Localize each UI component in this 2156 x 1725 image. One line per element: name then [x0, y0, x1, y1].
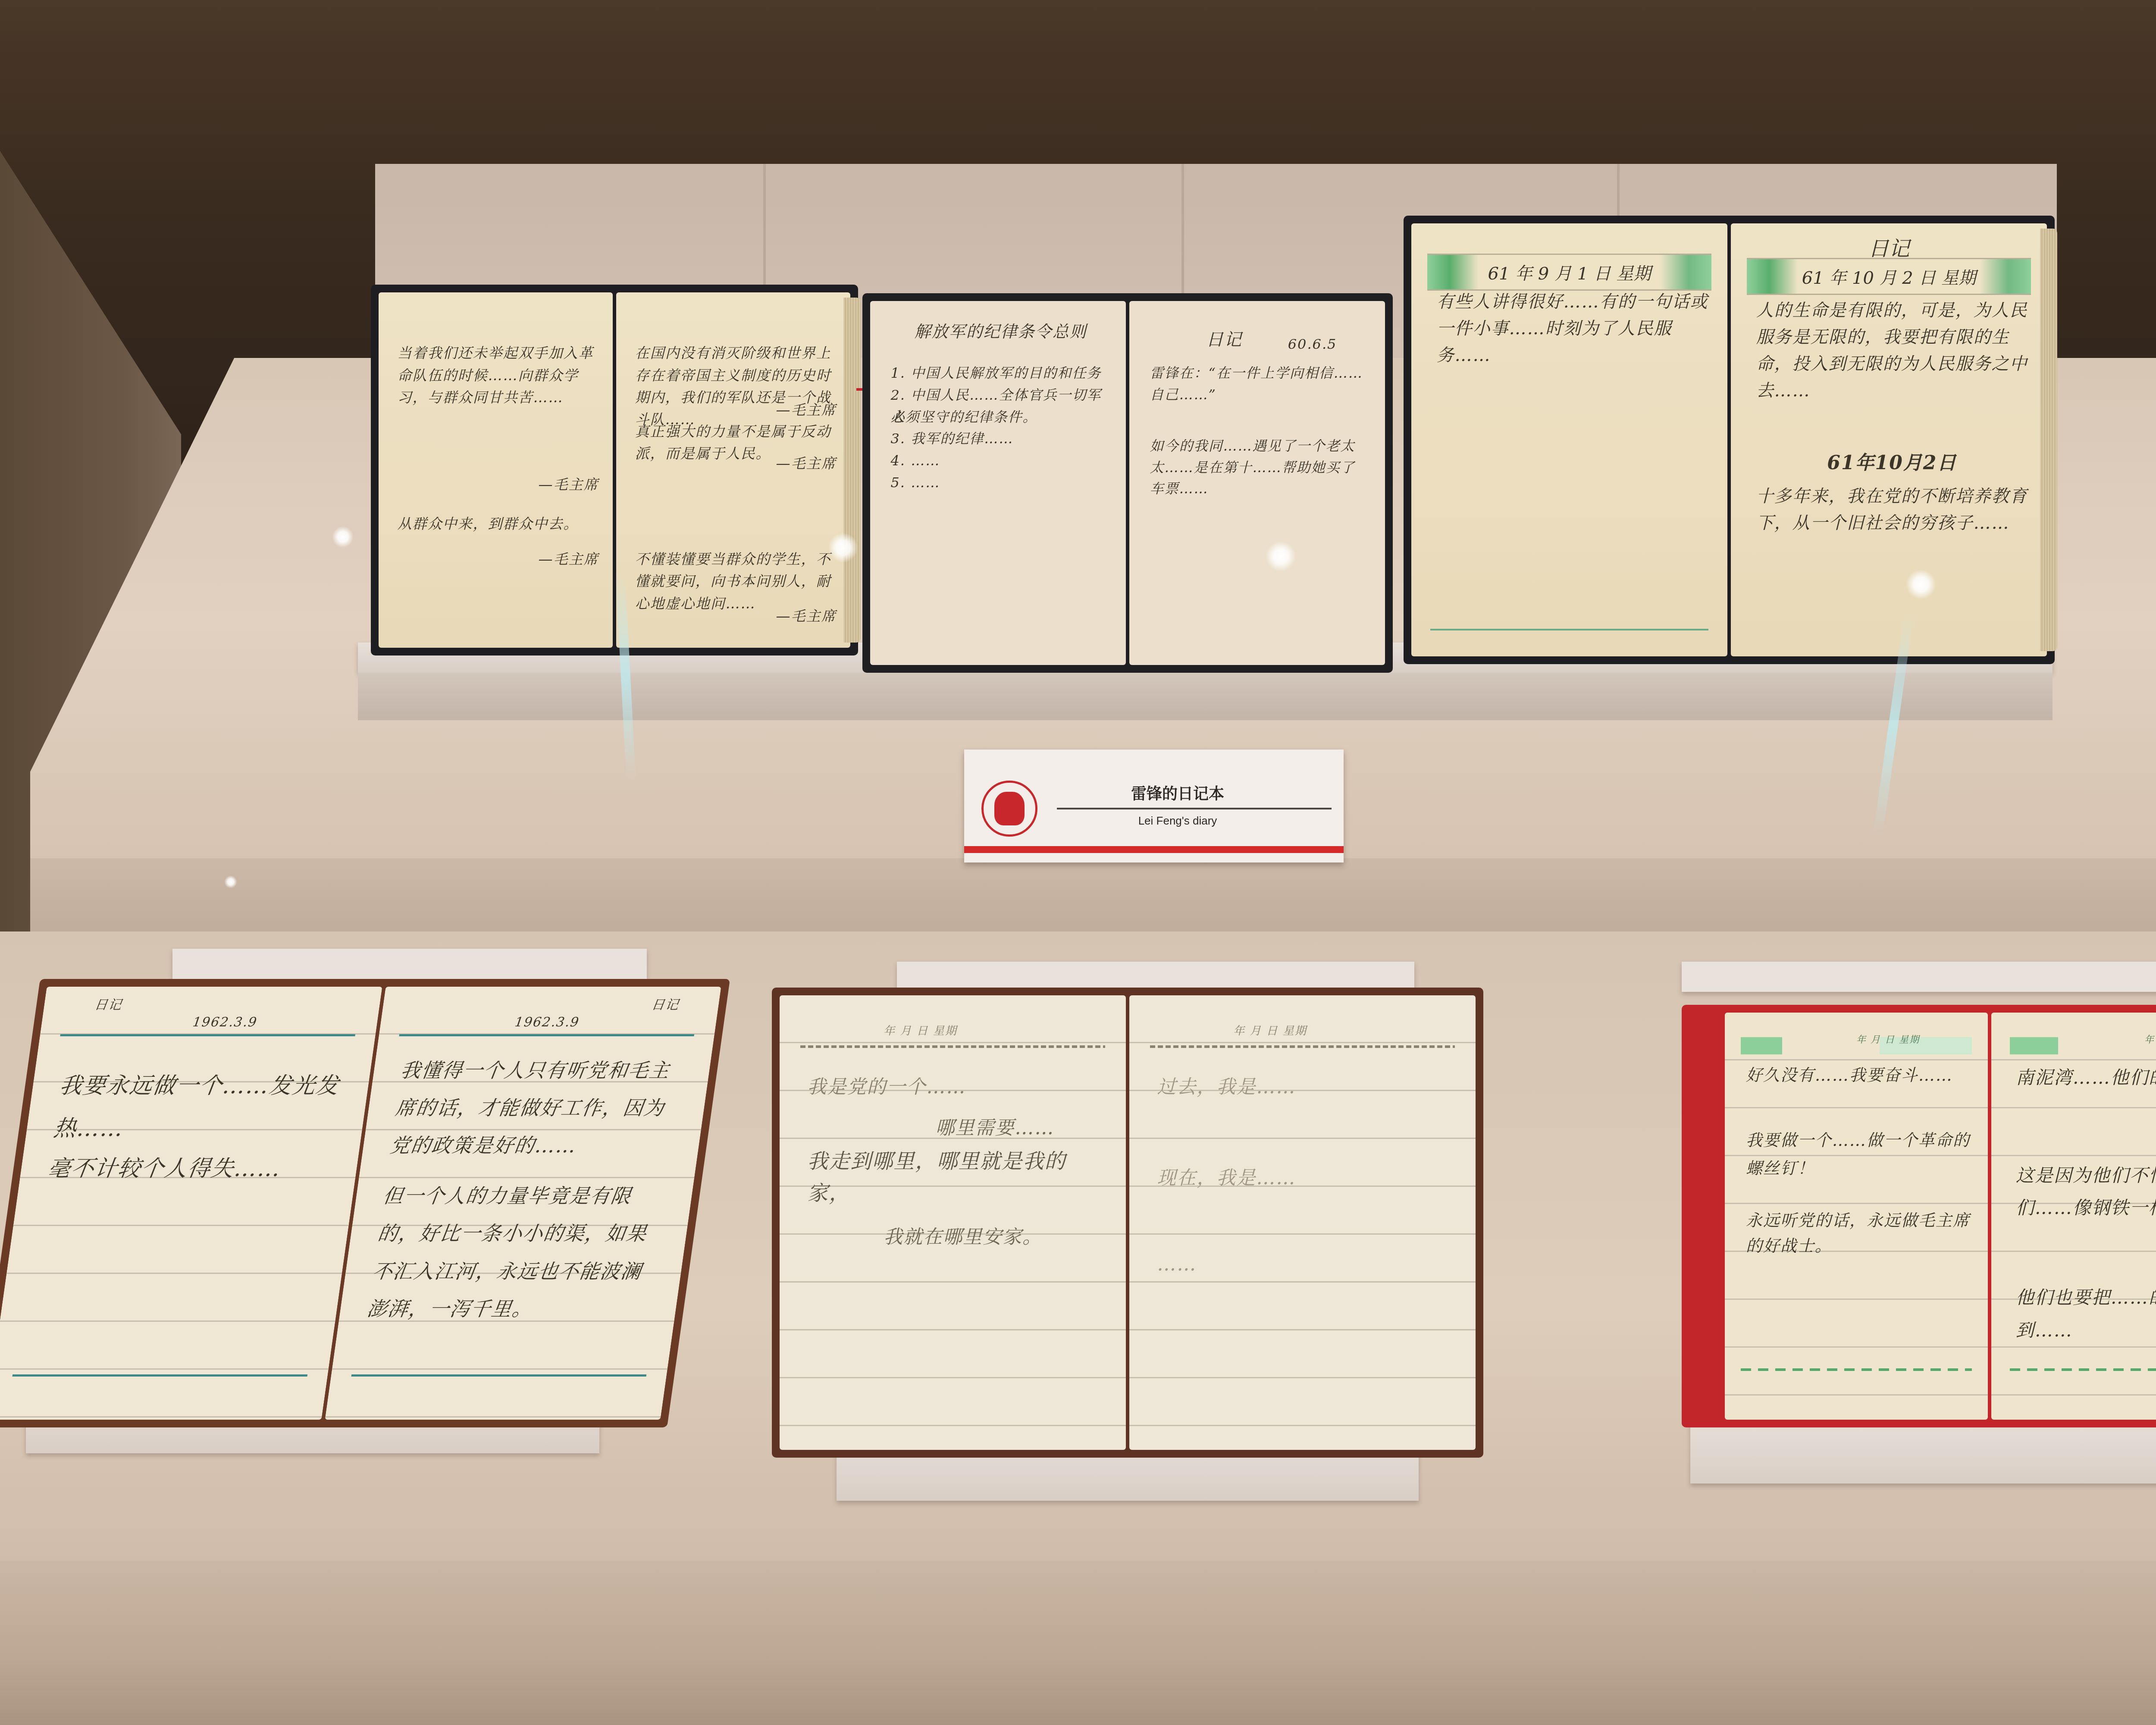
- handwritten-text: 好久没有……我要奋斗……: [1746, 1061, 1972, 1089]
- pencil-text: 过去，我是……: [1157, 1073, 1455, 1102]
- light-reflection: [1266, 541, 1296, 571]
- header-rule: [1150, 1045, 1455, 1048]
- header-rule: [60, 1034, 355, 1036]
- diary-page-right: 日记 1962.3.9 我懂得一个人只有听党和毛主席的话，才能做好工作，因为党的…: [325, 987, 721, 1420]
- footer-rule: [351, 1374, 646, 1377]
- diary-page-left: 当着我们还未举起双手加入革命队伍的时候……向群众学习，与群众同甘共苦…… —毛主…: [379, 292, 613, 648]
- diary-page-right: 日记 60.6.5 雷锋在：“在一件上学向相信……自己……” 如今的我同……遇见…: [1129, 301, 1385, 665]
- handwritten-text: 永远听党的话，永远做毛主席的好战士。: [1746, 1208, 1972, 1259]
- pencil-text: 哪里需要……: [935, 1113, 1105, 1143]
- printed-date-header: 年 月 日 星期: [884, 1022, 1105, 1040]
- footer-rule: [12, 1374, 307, 1377]
- diary-page-right: 年 月 日 星期 过去，我是…… 现在，我是…… ……: [1129, 995, 1476, 1450]
- handwritten-text: 十多年来，我在党的不断培养教育下，从一个旧社会的穷孩子……: [1756, 483, 2028, 536]
- page-heading: 解放军的纪律条令总则: [890, 319, 1110, 345]
- diary-top-right: 61 年 9 月 1 日 星期 有些人讲得很好……有的一句话或一件小事……时刻为…: [1404, 216, 2055, 664]
- diary-page-left: 年 月 日 星期 我是党的一个…… 哪里需要…… 我走到哪里，哪里就是我的家， …: [780, 995, 1126, 1450]
- pencil-text: 我走到哪里，哪里就是我的家，: [807, 1145, 1105, 1210]
- signature: —毛主席: [397, 548, 599, 570]
- list-item: 5. ……: [890, 472, 1110, 494]
- footer-rule: [1741, 1368, 1972, 1371]
- exhibit-label: 雷锋的日记本 Lei Feng's diary: [964, 750, 1344, 862]
- handwritten-text: 如今的我同……遇见了一个老太太……是在第十……帮助她买了车票……: [1150, 436, 1369, 500]
- signature: —毛主席: [397, 474, 599, 496]
- signature: —毛主席: [635, 399, 836, 421]
- footer-rule: [2010, 1368, 2156, 1371]
- label-divider: [1057, 808, 1332, 809]
- entry-date: 61年10月2日: [1756, 448, 2028, 478]
- handwritten-text: 我要永远做一个……发光发热……: [51, 1065, 351, 1150]
- diary-page-left: 61 年 9 月 1 日 星期 有些人讲得很好……有的一句话或一件小事……时刻为…: [1411, 223, 1727, 656]
- handwritten-text: 毫不计较个人得失……: [46, 1151, 339, 1186]
- list-item: 1. 中国人民解放军的目的和任务: [890, 363, 1110, 384]
- light-reflection: [828, 533, 858, 563]
- printed-date-header: 年 月 日 星期: [1233, 1022, 1455, 1040]
- pencil-text: 我就在哪里安家。: [884, 1223, 1105, 1252]
- diary-page-left: 解放军的纪律条令总则 1. 中国人民解放军的目的和任务 2. 中国人民……全体官…: [870, 301, 1126, 665]
- signature: —毛主席: [635, 452, 836, 474]
- handwritten-text: 雷锋在：“在一件上学向相信……自己……”: [1150, 363, 1369, 405]
- diary-top-left: 当着我们还未举起双手加入革命队伍的时候……向群众学习，与群众同甘共苦…… —毛主…: [371, 285, 858, 655]
- upper-book-stand-front: [358, 673, 2053, 720]
- printed-date-header: 61 年 9 月 1 日 星期: [1427, 254, 1712, 291]
- printed-date-header: 年 月 日 星期: [2144, 1033, 2156, 1048]
- lower-step-front: [0, 1561, 2156, 1725]
- label-title-en: Lei Feng's diary: [1020, 814, 1335, 828]
- handwritten-text: 南泥湾……他们的精神……: [2016, 1061, 2156, 1094]
- list-item: 必须坚守的纪律条件。: [890, 407, 1110, 428]
- pencil-text: 现在，我是……: [1157, 1164, 1455, 1193]
- header-rule: [800, 1045, 1105, 1048]
- label-title-zh: 雷锋的日记本: [1020, 782, 1335, 804]
- handwritten-text: 但一个人的力量毕竟是有限的，好比一条小小的渠，如果不汇入江河，永远也不能波澜澎湃…: [365, 1177, 674, 1328]
- light-reflection: [224, 875, 237, 888]
- diary-bottom-middle: 年 月 日 星期 我是党的一个…… 哪里需要…… 我走到哪里，哪里就是我的家， …: [772, 988, 1483, 1458]
- handwritten-text: 从群众中来，到群众中去。: [397, 513, 599, 535]
- entry-date: 1962.3.9: [191, 1013, 359, 1033]
- page-edges: [843, 298, 861, 643]
- page-heading: 日记: [1750, 232, 2028, 262]
- pencil-text: ……: [1157, 1250, 1455, 1279]
- printed-tiananmen-header: [2010, 1037, 2156, 1054]
- diary-bottom-right: 年 月 日 星期 好久没有……我要奋斗…… 我要做一个……做一个革命的螺丝钉！ …: [1682, 1005, 2156, 1427]
- diary-page-right: 日记 61 年 10 月 2 日 星期 人的生命是有限的，可是，为人民服务是无限…: [1731, 223, 2047, 656]
- lower-stand-back-right: [1682, 962, 2156, 992]
- handwritten-text: 他们也要把……的精神带到……: [2016, 1281, 2156, 1346]
- diary-page-left: 年 月 日 星期 好久没有……我要奋斗…… 我要做一个……做一个革命的螺丝钉！ …: [1725, 1013, 1988, 1420]
- diary-page-right: 在国内没有消灭阶级和世界上存在着帝国主义制度的历史时期内，我们的军队还是一个战斗…: [616, 292, 850, 648]
- header-rule: [399, 1034, 694, 1036]
- light-reflection: [332, 526, 354, 548]
- lower-book-stand-right: [1690, 1419, 2156, 1483]
- label-red-stripe: [964, 846, 1344, 853]
- light-reflection: [1906, 569, 1936, 599]
- printed-date-header: 61 年 10 月 2 日 星期: [1747, 258, 2031, 295]
- list-item: 4. ……: [890, 450, 1110, 472]
- handwritten-text: 当着我们还未举起双手加入革命队伍的时候……向群众学习，与群众同甘共苦……: [397, 342, 599, 408]
- signature: —毛主席: [635, 605, 836, 627]
- list-item: 3. 我军的纪律……: [890, 428, 1110, 450]
- handwritten-text: 有些人讲得很好……有的一句话或一件小事……时刻为了人民服务……: [1437, 289, 1708, 369]
- handwritten-text: 我懂得一个人只有听党和毛主席的话，才能做好工作，因为党的政策是好的……: [388, 1052, 692, 1165]
- page-footer-rule: [1430, 629, 1708, 630]
- pencil-text: 我是党的一个……: [807, 1073, 1105, 1102]
- printed-date-header: 年 月 日 星期: [1856, 1033, 1972, 1048]
- page-edges: [2040, 229, 2057, 651]
- diary-top-middle: 解放军的纪律条令总则 1. 中国人民解放军的目的和任务 2. 中国人民……全体官…: [862, 293, 1393, 673]
- lower-stand-back-left: [172, 949, 647, 983]
- handwritten-text: 不懂装懂要当群众的学生，不懂就要问，向书本问别人，耐心地虚心地问……: [635, 548, 836, 614]
- handwritten-text: 这是因为他们不怕困难……他们……像钢铁一样……: [2016, 1159, 2156, 1224]
- diary-page-right: 年 月 日 星期 南泥湾……他们的精神…… 这是因为他们不怕困难……他们……像钢…: [1991, 1013, 2156, 1420]
- entry-date: 1962.3.9: [514, 1013, 698, 1033]
- handwritten-text: 我要做一个……做一个革命的螺丝钉！: [1746, 1126, 1972, 1182]
- entry-date: 60.6.5: [1288, 334, 1370, 355]
- diary-page-left: 日记 1962.3.9 我要永远做一个……发光发热…… 毫不计较个人得失……: [0, 987, 382, 1420]
- diary-bottom-left: 日记 1962.3.9 我要永远做一个……发光发热…… 毫不计较个人得失…… 日…: [0, 979, 730, 1427]
- handwritten-text: 人的生命是有限的，可是，为人民服务是无限的，我要把有限的生命，投入到无限的为人民…: [1756, 297, 2028, 404]
